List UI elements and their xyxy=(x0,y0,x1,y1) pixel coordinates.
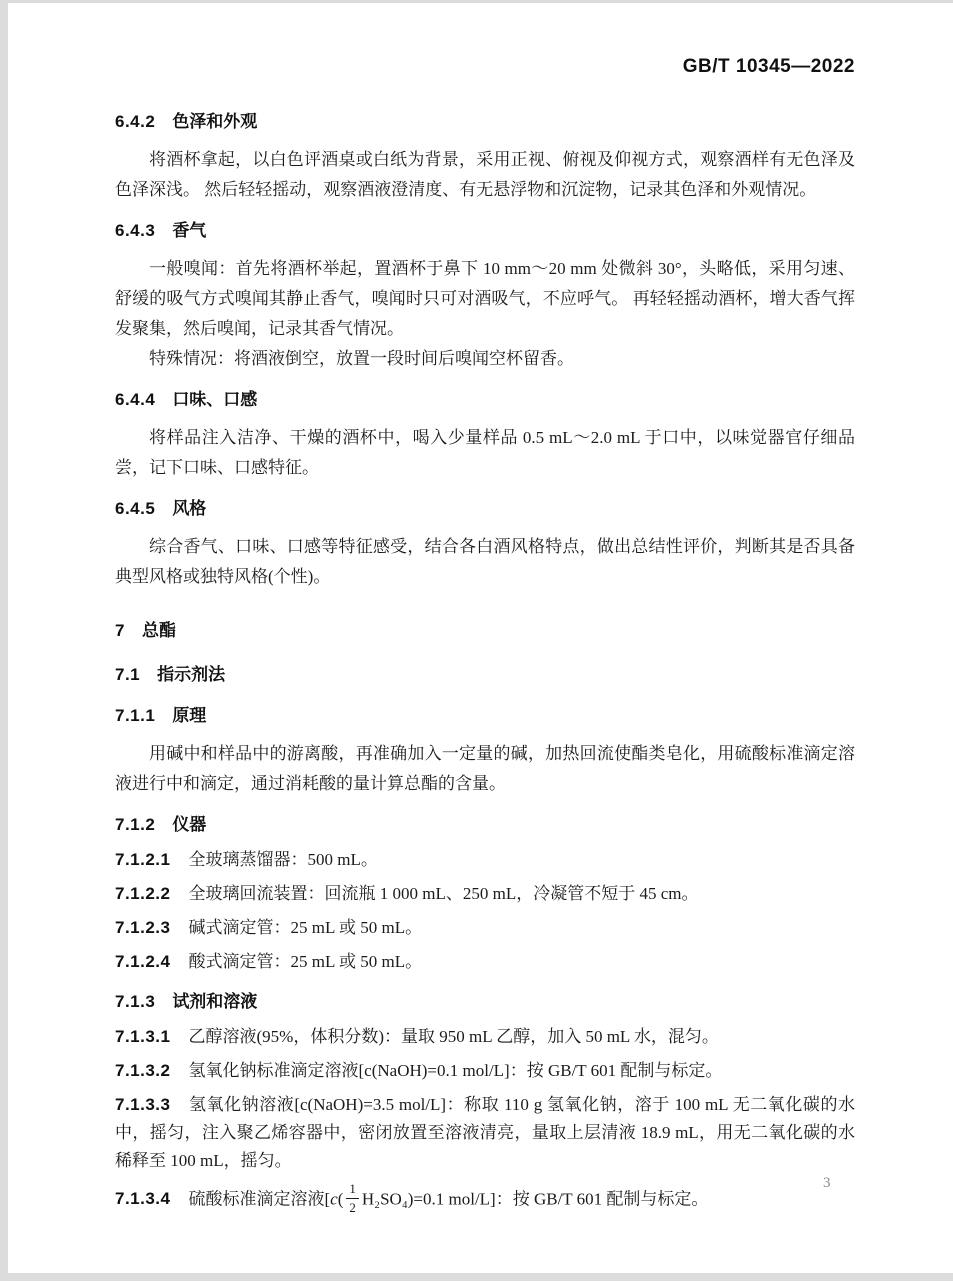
section-heading-7-1: 7.1指示剂法 xyxy=(115,660,855,690)
section-heading-6-4-3: 6.4.3香气 xyxy=(115,216,855,246)
document-page: GB/T 10345—2022 6.4.2色泽和外观 将酒杯拿起，以白色评酒桌或… xyxy=(8,3,953,1273)
section-title: 指示剂法 xyxy=(157,665,225,684)
fraction-denominator: 2 xyxy=(346,1199,359,1216)
paragraph-6-4-4: 将样品注入洁净、干燥的酒杯中，喝入少量样品 0.5 mL～2.0 mL 于口中，… xyxy=(115,423,855,483)
clause-text: 全玻璃蒸馏器：500 mL。 xyxy=(189,850,378,869)
section-number: 7.1.3 xyxy=(115,992,155,1011)
section-heading-7-1-2: 7.1.2仪器 xyxy=(115,810,855,840)
section-heading-7-1-3: 7.1.3试剂和溶液 xyxy=(115,987,855,1017)
section-title: 色泽和外观 xyxy=(172,112,257,131)
paragraph-6-4-2: 将酒杯拿起，以白色评酒桌或白纸为背景，采用正视、俯视及仰视方式，观察酒样有无色泽… xyxy=(115,145,855,205)
section-number: 7.1 xyxy=(115,665,140,684)
standard-number-header: GB/T 10345—2022 xyxy=(115,55,855,79)
formula-open-paren: ( xyxy=(338,1189,344,1208)
clause-item-7-1-3-4: 7.1.3.4硫酸标准滴定溶液[c(12H₂SO₄)=0.1 mol/L]：按 … xyxy=(115,1183,855,1218)
section-heading-6-4-5: 6.4.5风格 xyxy=(115,494,855,524)
clause-item-7-1-3-3: 7.1.3.3氢氧化钠溶液[c(NaOH)=3.5 mol/L]：称取 110 … xyxy=(115,1091,855,1175)
chapter-title: 总酯 xyxy=(142,621,176,640)
section-number: 6.4.3 xyxy=(115,221,155,240)
clause-number: 7.1.2.2 xyxy=(115,884,171,903)
clause-text: 乙醇溶液(95%，体积分数)：量取 950 mL 乙醇，加入 50 mL 水，混… xyxy=(189,1027,719,1046)
section-title: 试剂和溶液 xyxy=(172,992,257,1011)
concentration-variable: c xyxy=(330,1189,338,1208)
section-number: 6.4.4 xyxy=(115,390,155,409)
clause-text: 碱式滴定管：25 mL 或 50 mL。 xyxy=(189,918,423,937)
clause-item-7-1-3-1: 7.1.3.1乙醇溶液(95%，体积分数)：量取 950 mL 乙醇，加入 50… xyxy=(115,1023,855,1051)
section-heading-7-1-1: 7.1.1原理 xyxy=(115,701,855,731)
section-title: 仪器 xyxy=(172,815,206,834)
formula-suffix: H₂SO₄)=0.1 mol/L]：按 GB/T 601 配制与标定。 xyxy=(362,1189,709,1208)
clause-item-7-1-2-1: 7.1.2.1全玻璃蒸馏器：500 mL。 xyxy=(115,846,855,874)
clause-text: 氢氧化钠溶液[c(NaOH)=3.5 mol/L]：称取 110 g 氢氧化钠，… xyxy=(115,1095,855,1170)
section-title: 口味、口感 xyxy=(172,390,257,409)
section-number: 7.1.1 xyxy=(115,706,155,725)
section-heading-6-4-2: 6.4.2色泽和外观 xyxy=(115,107,855,137)
clause-item-7-1-2-2: 7.1.2.2全玻璃回流装置：回流瓶 1 000 mL、250 mL，冷凝管不短… xyxy=(115,880,855,908)
formula-prefix: 硫酸标准滴定溶液[ xyxy=(189,1189,331,1208)
section-title: 风格 xyxy=(172,499,206,518)
section-heading-6-4-4: 6.4.4口味、口感 xyxy=(115,385,855,415)
clause-item-7-1-3-2: 7.1.3.2氢氧化钠标准滴定溶液[c(NaOH)=0.1 mol/L]：按 G… xyxy=(115,1057,855,1085)
clause-item-7-1-2-3: 7.1.2.3碱式滴定管：25 mL 或 50 mL。 xyxy=(115,914,855,942)
standard-number: GB/T 10345—2022 xyxy=(683,56,855,77)
section-number: 6.4.2 xyxy=(115,112,155,131)
paragraph-6-4-5: 综合香气、口味、口感等特征感受，结合各白酒风格特点，做出总结性评价，判断其是否具… xyxy=(115,532,855,592)
fraction-numerator: 1 xyxy=(346,1181,359,1199)
clause-number: 7.1.3.3 xyxy=(115,1095,171,1114)
clause-text: 酸式滴定管：25 mL 或 50 mL。 xyxy=(189,952,423,971)
paragraph-7-1-1: 用碱中和样品中的游离酸，再准确加入一定量的碱，加热回流使酯类皂化，用硫酸标准滴定… xyxy=(115,739,855,799)
section-number: 7.1.2 xyxy=(115,815,155,834)
chapter-number: 7 xyxy=(115,621,125,640)
clause-text: 全玻璃回流装置：回流瓶 1 000 mL、250 mL，冷凝管不短于 45 cm… xyxy=(189,884,699,903)
chapter-heading-7: 7总酯 xyxy=(115,616,855,646)
clause-number: 7.1.3.1 xyxy=(115,1027,171,1046)
clause-number: 7.1.3.2 xyxy=(115,1061,171,1080)
section-title: 原理 xyxy=(172,706,206,725)
section-number: 6.4.5 xyxy=(115,499,155,518)
paragraph-6-4-3-general: 一般嗅闻：首先将酒杯举起，置酒杯于鼻下 10 mm～20 mm 处微斜 30°，… xyxy=(115,254,855,344)
clause-item-7-1-2-4: 7.1.2.4酸式滴定管：25 mL 或 50 mL。 xyxy=(115,948,855,976)
clause-text: 氢氧化钠标准滴定溶液[c(NaOH)=0.1 mol/L]：按 GB/T 601… xyxy=(189,1061,723,1080)
fraction-one-half: 12 xyxy=(346,1181,359,1216)
clause-number: 7.1.2.4 xyxy=(115,952,171,971)
clause-number: 7.1.3.4 xyxy=(115,1189,171,1208)
clause-number: 7.1.2.1 xyxy=(115,850,171,869)
section-title: 香气 xyxy=(172,221,206,240)
page-number: 3 xyxy=(823,1175,831,1192)
paragraph-6-4-3-special: 特殊情况：将酒液倒空，放置一段时间后嗅闻空杯留香。 xyxy=(115,344,855,374)
clause-number: 7.1.2.3 xyxy=(115,918,171,937)
